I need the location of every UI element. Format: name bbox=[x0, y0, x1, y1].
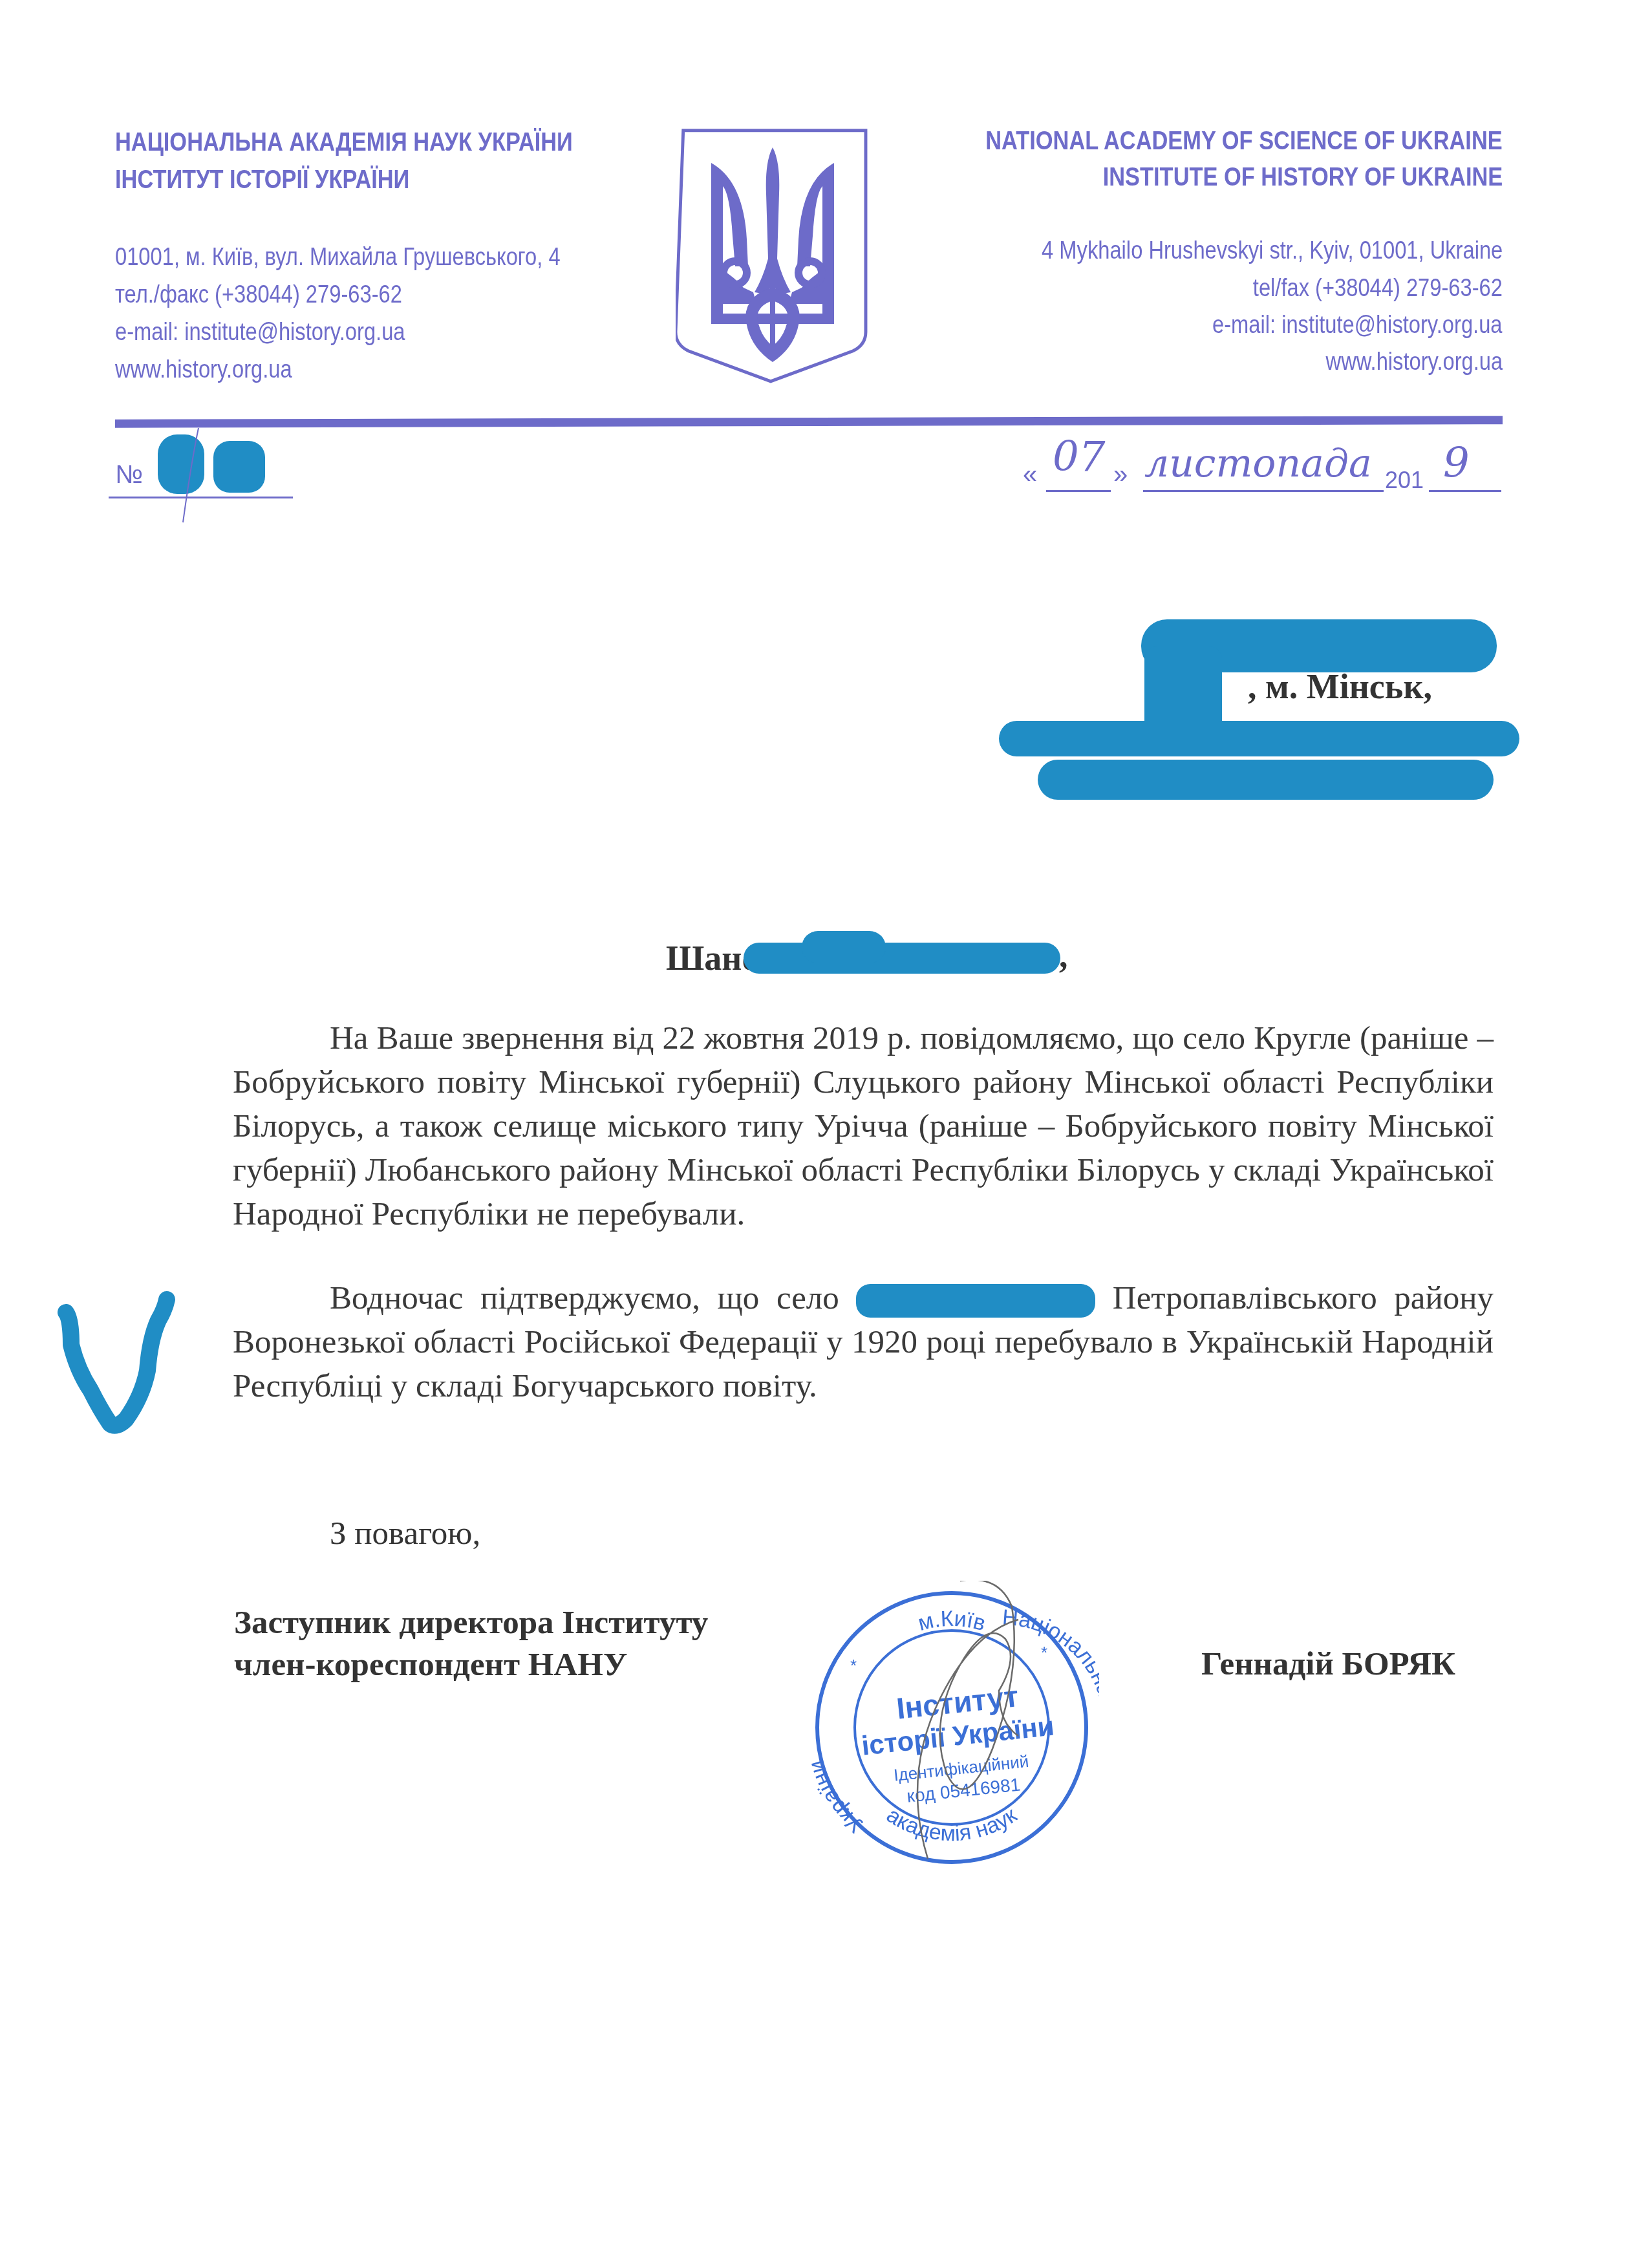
address-en: 4 Mykhailo Hrushevskyi str., Kyiv, 01001… bbox=[1042, 233, 1503, 270]
institute-name-ua: ІНСТИТУТ ІСТОРІЇ УКРАЇНИ bbox=[115, 162, 409, 198]
date-month-underline bbox=[1143, 490, 1384, 492]
reference-number-redaction-2 bbox=[213, 441, 265, 493]
signatory-name: Геннадій БОРЯК bbox=[1201, 1643, 1455, 1685]
institute-name-en: INSTITUTE OF HISTORY OF UKRAINE bbox=[1102, 159, 1503, 195]
org-name-en: NATIONAL ACADEMY OF SCIENCE OF UKRAINE bbox=[985, 123, 1503, 159]
salutation-name-redaction bbox=[744, 943, 1060, 974]
address-ua: 01001, м. Київ, вул. Михайла Грушевськог… bbox=[115, 239, 561, 276]
village-name-redaction bbox=[856, 1284, 1095, 1318]
stamp-star-right: * bbox=[1041, 1643, 1047, 1662]
date-year-suffix: 9 bbox=[1443, 440, 1470, 487]
website-en: www.history.org.ua bbox=[1325, 344, 1503, 381]
stamp-outer-bottom: академія наук bbox=[882, 1803, 1022, 1846]
date-close-quote: » bbox=[1113, 460, 1128, 489]
letter-paragraph-2: Водночас підтверджуємо, що село Петропав… bbox=[233, 1276, 1494, 1408]
phone-en: tel/fax (+38044) 279-63-62 bbox=[1253, 270, 1503, 307]
salutation-comma: , bbox=[1059, 935, 1068, 977]
paragraph-1-text: На Ваше звернення від 22 жовтня 2019 р. … bbox=[233, 1020, 1494, 1232]
stamp-star-left: * bbox=[850, 1656, 857, 1675]
trident-coat-of-arms-icon bbox=[676, 123, 870, 388]
reference-number-label: № bbox=[115, 460, 143, 489]
date-month: листопада bbox=[1144, 441, 1372, 486]
date-open-quote: « bbox=[1023, 460, 1037, 489]
date-year-prefix: 201 bbox=[1385, 467, 1424, 494]
closing: З повагою, bbox=[330, 1513, 480, 1555]
letterhead-divider bbox=[115, 416, 1503, 428]
official-stamp: м.Київ * * Національна академія наук Укр… bbox=[805, 1581, 1099, 1875]
recipient-city: , м. Мінськ, bbox=[1248, 666, 1432, 708]
signatory-title-line1: Заступник директора Інституту bbox=[234, 1602, 708, 1644]
email-en: e-mail: institute@history.org.ua bbox=[1212, 307, 1503, 344]
phone-ua: тел./факс (+38044) 279-63-62 bbox=[115, 277, 402, 314]
letter-paragraph-1: На Ваше звернення від 22 жовтня 2019 р. … bbox=[233, 1016, 1494, 1236]
check-mark-icon bbox=[52, 1274, 181, 1435]
org-name-ua: НАЦІОНАЛЬНА АКАДЕМІЯ НАУК УКРАЇНИ bbox=[115, 124, 573, 160]
paragraph-2-text-before: Водночас підтверджуємо, що село bbox=[330, 1280, 839, 1316]
website-ua: www.history.org.ua bbox=[115, 352, 292, 389]
signatory-title-line2: член-кореспондент НАНУ bbox=[234, 1644, 627, 1686]
handwritten-slash bbox=[178, 427, 204, 524]
recipient-redaction-3 bbox=[999, 721, 1519, 756]
date-year-underline bbox=[1429, 490, 1501, 492]
salutation-name-redaction-2 bbox=[802, 931, 886, 963]
date-day-underline bbox=[1046, 490, 1111, 492]
recipient-redaction-4 bbox=[1038, 760, 1494, 800]
stamp-outer-left: України bbox=[805, 1758, 868, 1838]
email-ua: e-mail: institute@history.org.ua bbox=[115, 314, 405, 351]
date-day: 07 bbox=[1053, 433, 1105, 481]
